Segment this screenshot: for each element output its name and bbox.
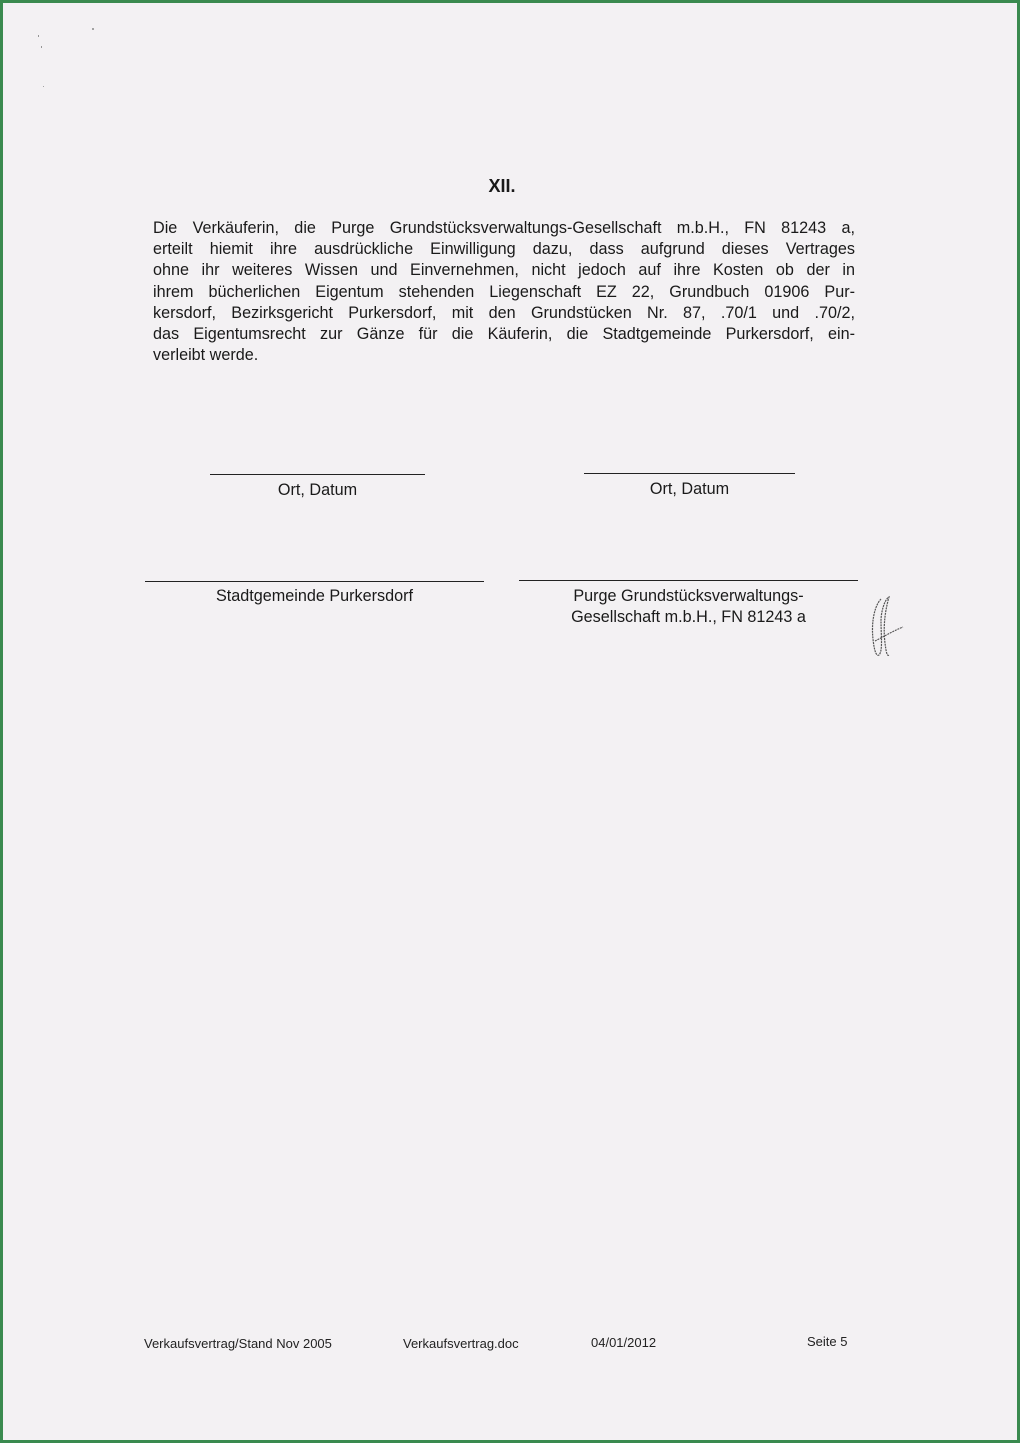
footer-version: Verkaufsvertrag/Stand Nov 2005 xyxy=(144,1336,332,1351)
seller-party-line1: Purge Grundstücksverwaltungs- xyxy=(519,586,858,607)
footer-date: 04/01/2012 xyxy=(591,1335,656,1350)
seller-party-label: Purge Grundstücksverwaltungs- Gesellscha… xyxy=(519,586,858,628)
paragraph-line: erteilt hiemit ihre ausdrückliche Einwil… xyxy=(153,239,855,260)
signature-line-buyer xyxy=(145,581,484,582)
buyer-party-label: Stadtgemeinde Purkersdorf xyxy=(145,586,484,607)
scan-speck xyxy=(43,86,44,87)
paragraph-line: ihrem bücherlichen Eigentum stehenden Li… xyxy=(153,282,855,303)
paragraph-line: das Eigentumsrecht zur Gänze für die Käu… xyxy=(153,324,855,345)
scan-speck xyxy=(38,35,39,37)
scan-speck xyxy=(92,28,94,30)
place-date-line-left xyxy=(210,474,425,475)
section-number: XII. xyxy=(488,176,515,197)
paragraph-line: Die Verkäuferin, die Purge Grundstücksve… xyxy=(153,218,855,239)
place-date-label-right: Ort, Datum xyxy=(584,479,795,500)
scan-speck xyxy=(41,46,42,48)
section-heading: XII. xyxy=(3,176,1017,197)
place-date-line-right xyxy=(584,473,795,474)
document-page: XII. Die Verkäuferin, die Purge Grundstü… xyxy=(3,3,1017,1440)
signature-initials-icon xyxy=(863,591,907,661)
footer-filename: Verkaufsvertrag.doc xyxy=(403,1336,519,1351)
place-date-label-left: Ort, Datum xyxy=(210,480,425,501)
footer-page-number: Seite 5 xyxy=(807,1334,847,1349)
paragraph-line: kersdorf, Bezirksgericht Purkersdorf, mi… xyxy=(153,303,855,324)
signature-line-seller xyxy=(519,580,858,581)
seller-party-line2: Gesellschaft m.b.H., FN 81243 a xyxy=(519,607,858,628)
paragraph-line: verleibt werde. xyxy=(153,345,855,366)
consent-paragraph: Die Verkäuferin, die Purge Grundstücksve… xyxy=(153,218,855,366)
paragraph-line: ohne ihr weiteres Wissen und Einvernehme… xyxy=(153,260,855,281)
